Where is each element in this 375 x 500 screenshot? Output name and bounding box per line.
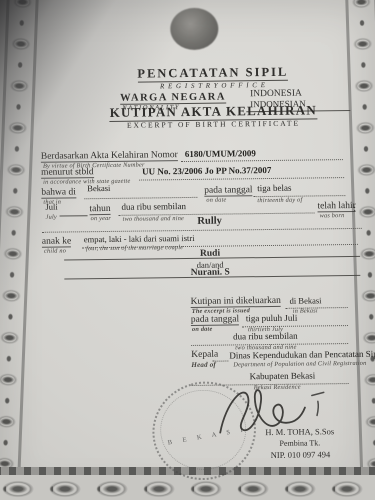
year-label: tahun: [89, 204, 110, 215]
signature-scribble: [212, 379, 343, 441]
was-born-label: telah lahir: [317, 201, 355, 212]
gazette-label: menurut stbld: [41, 167, 94, 179]
birth-year-value: dua ribu sembilan: [121, 201, 186, 212]
issued-label: Kutipan ini dikeluarkan: [191, 296, 281, 308]
child-no-value: empat, laki - laki dari suami istri: [84, 233, 195, 244]
birthplace-value: Bekasi: [87, 183, 110, 193]
issued-place-value: di Bekasi: [290, 295, 322, 305]
cert-number-value: 6180/UMUM/2009: [185, 148, 256, 159]
gazette-value: UU No. 23/2006 Jo PP No.37/2007: [142, 165, 271, 177]
issued-date-label-en: on date: [192, 326, 213, 333]
birth-month-value: Juli: [45, 202, 57, 212]
issued-year-value: dua ribu sembilan: [233, 331, 298, 342]
department-en: Department of Population and Civil Regis…: [233, 360, 366, 369]
birthplace-label: bahwa di: [41, 187, 76, 198]
birthdate-value-en: thirteenth day of: [257, 197, 302, 205]
birthdate-value: tiga belas: [257, 183, 291, 193]
official-nip: NIP. 010 097 494: [240, 449, 360, 460]
birthdate-label-en: on date: [206, 197, 226, 204]
head-label-en: Head of: [191, 361, 216, 369]
department-value: Dinas Kependudukan dan Pencatatan Sipil: [229, 349, 375, 361]
nationality-value: INDONESIA: [250, 89, 302, 100]
issued-date-value: tiga puluh Juli: [246, 313, 298, 324]
government-seal-icon: [170, 8, 219, 51]
document-body: PENCATATAN SIPIL R E G I S T R Y O F F I…: [0, 0, 375, 500]
child-no-label: anak ke: [42, 236, 71, 247]
dotted-rule: [212, 360, 228, 362]
issued-date-label: pada tanggal: [191, 314, 239, 326]
dotted-rule: [84, 196, 197, 199]
dotted-rule: [139, 176, 344, 181]
birth-month-en: July: [46, 214, 57, 221]
short-rule: [60, 214, 88, 216]
colon: :: [353, 203, 356, 213]
cert-number-label: Berdasarkan Akta Kelahiran Nomor: [41, 150, 178, 163]
birthdate-label: pada tanggal: [204, 185, 252, 197]
certificate-photo: PENCATATAN SIPIL R E G I S T R Y O F F I…: [0, 0, 375, 500]
child-name: Rully: [60, 214, 360, 229]
head-label: Kepala: [191, 350, 218, 360]
